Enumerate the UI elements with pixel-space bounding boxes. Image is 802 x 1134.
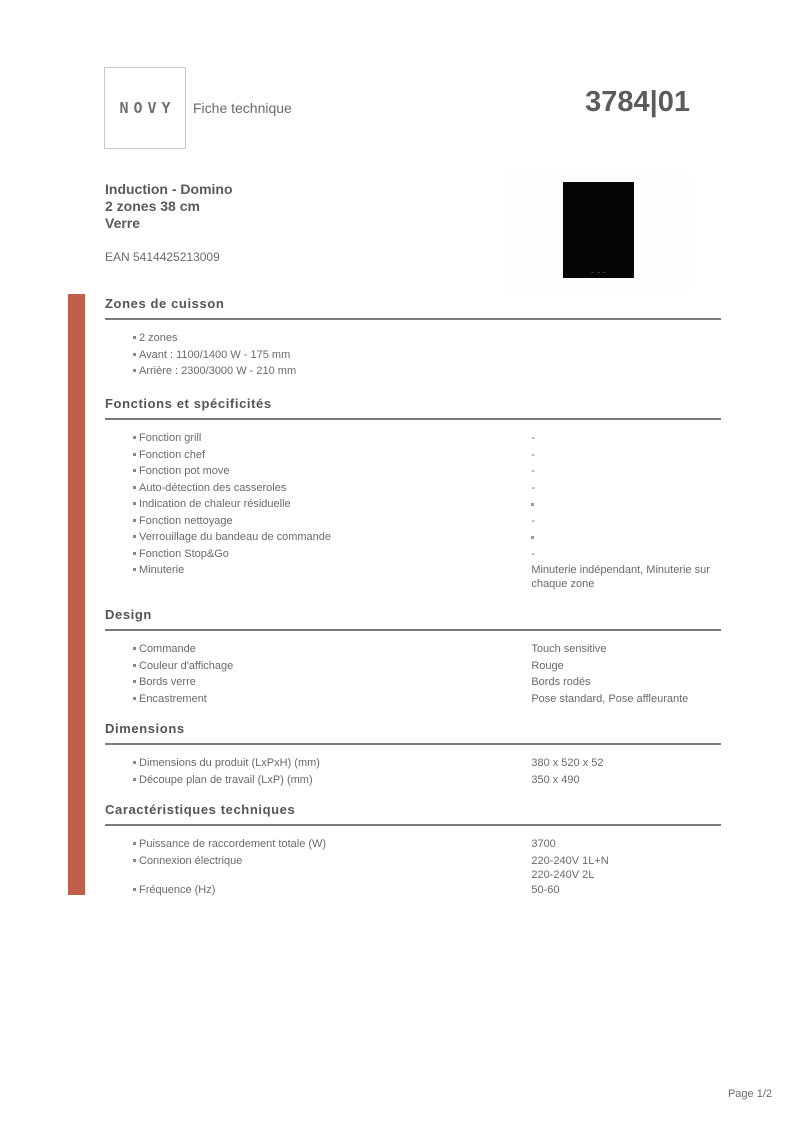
spec-value: 220-240V 1L+N 220-240V 2L (531, 854, 721, 883)
spec-list: Fonction grill-Fonction chef-Fonction po… (105, 431, 721, 592)
spec-label-text: Fonction grill (132, 432, 201, 444)
spec-label-text: 2 zones (132, 332, 178, 344)
spec-list: Dimensions du produit (LxPxH) (mm)380 x … (105, 756, 721, 789)
spec-row: Indication de chaleur résiduelle (105, 497, 721, 514)
spec-label: Verrouillage du bandeau de commande (105, 530, 531, 547)
spec-value: - (531, 547, 721, 564)
section-divider (105, 418, 721, 420)
spec-label: Minuterie (105, 563, 531, 592)
spec-label-text: Verrouillage du bandeau de commande (132, 531, 331, 543)
spec-row: Arrière : 2300/3000 W - 210 mm (105, 364, 721, 381)
spec-label: Commande (105, 642, 531, 659)
spec-label: Couleur d'affichage (105, 659, 531, 676)
section-title: Zones de cuisson (105, 296, 721, 313)
brand-logo: NOVY (104, 67, 186, 149)
spec-row: MinuterieMinuterie indépendant, Minuteri… (105, 563, 721, 592)
accent-bar (68, 294, 85, 895)
section-title: Fonctions et spécificités (105, 396, 721, 413)
spec-row: EncastrementPose standard, Pose affleura… (105, 692, 721, 709)
spec-label-text: Avant : 1100/1400 W - 175 mm (132, 349, 290, 361)
spec-value (531, 331, 721, 348)
spec-label: Encastrement (105, 692, 531, 709)
spec-value (531, 364, 721, 381)
spec-value: - (531, 481, 721, 498)
section-title: Caractéristiques techniques (105, 802, 721, 819)
page-number: Page 1/2 (728, 1088, 772, 1100)
spec-row: Avant : 1100/1400 W - 175 mm (105, 348, 721, 365)
section-divider (105, 318, 721, 320)
spec-label-text: Fonction pot move (132, 465, 230, 477)
spec-label: Fonction Stop&Go (105, 547, 531, 564)
spec-value: 350 x 490 (531, 773, 721, 790)
spec-label: Fonction chef (105, 448, 531, 465)
spec-value: 50-60 (531, 883, 721, 900)
spec-value-yes-icon (531, 497, 721, 514)
spec-label-text: Indication de chaleur résiduelle (132, 498, 291, 510)
spec-value (531, 348, 721, 365)
product-title: Induction - Domino 2 zones 38 cm Verre (105, 181, 233, 232)
spec-list: CommandeTouch sensitiveCouleur d'afficha… (105, 642, 721, 708)
spec-value: 380 x 520 x 52 (531, 756, 721, 773)
spec-label-text: Fonction Stop&Go (132, 548, 229, 560)
spec-label: Fonction grill (105, 431, 531, 448)
spec-label-text: Arrière : 2300/3000 W - 210 mm (132, 365, 296, 377)
spec-value: Rouge (531, 659, 721, 676)
spec-row: Dimensions du produit (LxPxH) (mm)380 x … (105, 756, 721, 773)
spec-row: 2 zones (105, 331, 721, 348)
spec-value: Pose standard, Pose affleurante (531, 692, 721, 709)
product-image (508, 174, 690, 290)
product-title-line: Verre (105, 215, 233, 232)
spec-value-yes-icon (531, 530, 721, 547)
section-title: Design (105, 607, 721, 624)
spec-label-text: Commande (132, 643, 196, 655)
document-type: Fiche technique (193, 100, 292, 116)
spec-label: Fonction nettoyage (105, 514, 531, 531)
spec-label: Puissance de raccordement totale (W) (105, 837, 531, 854)
product-title-line: Induction - Domino (105, 181, 233, 198)
spec-list: 2 zonesAvant : 1100/1400 W - 175 mmArriè… (105, 331, 721, 381)
spec-label: Découpe plan de travail (LxP) (mm) (105, 773, 531, 790)
spec-value: - (531, 431, 721, 448)
section-title: Dimensions (105, 721, 721, 738)
spec-label: 2 zones (105, 331, 531, 348)
spec-label-text: Couleur d'affichage (132, 660, 233, 672)
spec-label: Auto-détection des casseroles (105, 481, 531, 498)
section-divider (105, 629, 721, 631)
spec-value: Bords rodés (531, 675, 721, 692)
spec-label-text: Encastrement (132, 693, 207, 705)
spec-label: Avant : 1100/1400 W - 175 mm (105, 348, 531, 365)
spec-row: Fonction nettoyage- (105, 514, 721, 531)
spec-label-text: Minuterie (132, 564, 184, 576)
spec-row: Bords verreBords rodés (105, 675, 721, 692)
spec-label-text: Fonction nettoyage (132, 515, 233, 527)
product-title-line: 2 zones 38 cm (105, 198, 233, 215)
spec-label: Bords verre (105, 675, 531, 692)
spec-value: - (531, 464, 721, 481)
section-divider (105, 743, 721, 745)
spec-label-text: Puissance de raccordement totale (W) (132, 838, 326, 850)
spec-list: Puissance de raccordement totale (W)3700… (105, 837, 721, 899)
section-caract-ristiques-techniques: Caractéristiques techniquesPuissance de … (105, 802, 721, 899)
spec-label-text: Fonction chef (132, 449, 205, 461)
hob-image (563, 182, 634, 278)
spec-value: 3700 (531, 837, 721, 854)
spec-row: Fonction chef- (105, 448, 721, 465)
spec-label-text: Connexion électrique (132, 855, 242, 867)
ean-code: EAN 5414425213009 (105, 250, 220, 264)
spec-value: - (531, 448, 721, 465)
spec-label: Fréquence (Hz) (105, 883, 531, 900)
spec-label: Dimensions du produit (LxPxH) (mm) (105, 756, 531, 773)
brand-name: NOVY (119, 99, 175, 117)
spec-row: Verrouillage du bandeau de commande (105, 530, 721, 547)
spec-value: Touch sensitive (531, 642, 721, 659)
spec-label-text: Fréquence (Hz) (132, 884, 215, 896)
section-design: DesignCommandeTouch sensitiveCouleur d'a… (105, 607, 721, 708)
spec-value: - (531, 514, 721, 531)
spec-row: Connexion électrique220-240V 1L+N 220-24… (105, 854, 721, 883)
spec-label-text: Auto-détection des casseroles (132, 482, 286, 494)
spec-row: CommandeTouch sensitive (105, 642, 721, 659)
section-zones-de-cuisson: Zones de cuisson2 zonesAvant : 1100/1400… (105, 296, 721, 381)
spec-row: Puissance de raccordement totale (W)3700 (105, 837, 721, 854)
spec-label-text: Bords verre (132, 676, 196, 688)
spec-label-text: Dimensions du produit (LxPxH) (mm) (132, 757, 320, 769)
spec-row: Fonction pot move- (105, 464, 721, 481)
spec-row: Découpe plan de travail (LxP) (mm)350 x … (105, 773, 721, 790)
spec-value: Minuterie indépendant, Minuterie sur cha… (531, 563, 721, 592)
spec-row: Fréquence (Hz)50-60 (105, 883, 721, 900)
section-dimensions: DimensionsDimensions du produit (LxPxH) … (105, 721, 721, 789)
spec-label: Connexion électrique (105, 854, 531, 883)
spec-row: Fonction Stop&Go- (105, 547, 721, 564)
spec-row: Couleur d'affichageRouge (105, 659, 721, 676)
section-divider (105, 824, 721, 826)
product-reference: 3784|01 (585, 86, 690, 119)
spec-label: Indication de chaleur résiduelle (105, 497, 531, 514)
spec-row: Fonction grill- (105, 431, 721, 448)
spec-label: Arrière : 2300/3000 W - 210 mm (105, 364, 531, 381)
spec-row: Auto-détection des casseroles- (105, 481, 721, 498)
spec-label: Fonction pot move (105, 464, 531, 481)
spec-label-text: Découpe plan de travail (LxP) (mm) (132, 774, 313, 786)
section-fonctions-et-sp-cificit-s: Fonctions et spécificitésFonction grill-… (105, 396, 721, 592)
